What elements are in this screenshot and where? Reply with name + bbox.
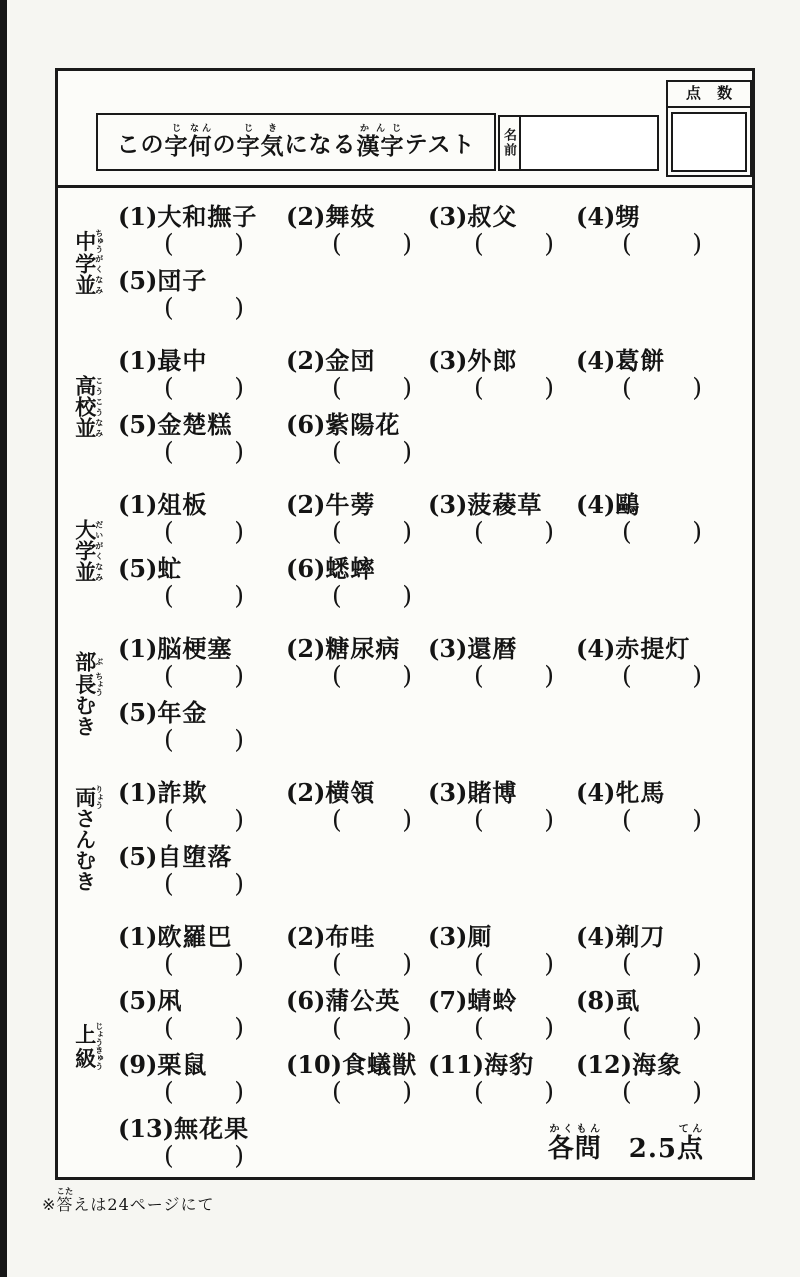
question-word: (5)虻 [118, 554, 286, 584]
question-item: (10)食蟻獣() [286, 1050, 428, 1106]
answer-blank[interactable]: () [332, 808, 412, 834]
answer-blank[interactable]: () [164, 440, 244, 466]
answer-paren-close: ) [692, 232, 702, 258]
question-word: (9)栗鼠 [118, 1050, 286, 1080]
question-kanji: 糖尿病 [325, 634, 400, 663]
question-item: (5)年金() [118, 698, 286, 754]
question-kanji: 蜻蛉 [467, 986, 517, 1015]
question-row: (5)団子() [118, 266, 746, 322]
answer-paren-open: ( [474, 376, 484, 402]
answer-paren-close: ) [234, 728, 244, 754]
section: 高こう校こう並なみ(1)最中()(2)金団()(3)外郎()(4)葛餅()(5)… [58, 346, 752, 466]
answer-blank[interactable]: () [622, 808, 702, 834]
answer-blank[interactable]: () [622, 1080, 702, 1106]
question-word: (3)叔父 [428, 202, 576, 232]
question-number: (3) [428, 202, 467, 231]
answer-paren-open: ( [474, 952, 484, 978]
question-word: (3)還暦 [428, 634, 576, 664]
answer-blank[interactable]: () [622, 376, 702, 402]
question-row: (5)年金() [118, 698, 746, 754]
question-kanji: 俎板 [157, 490, 207, 519]
question-item: (12)海象() [576, 1050, 746, 1106]
question-item: (3)外郎() [428, 346, 576, 402]
answer-blank[interactable]: () [164, 664, 244, 690]
answer-paren-open: ( [164, 808, 174, 834]
question-kanji: 叔父 [467, 202, 517, 231]
answer-paren-close: ) [234, 232, 244, 258]
answer-blank[interactable]: () [332, 952, 412, 978]
score-box-title: 点 数 [668, 82, 750, 108]
section-body: (1)大和撫子()(2)舞妓()(3)叔父()(4)甥()(5)団子() [118, 202, 752, 322]
question-word: (1)欧羅巴 [118, 922, 286, 952]
question-kanji: 賭博 [467, 778, 517, 807]
answer-paren-open: ( [474, 1080, 484, 1106]
answer-blank[interactable]: () [474, 808, 554, 834]
answer-paren-open: ( [474, 808, 484, 834]
question-item: (1)俎板() [118, 490, 286, 546]
answer-paren-close: ) [402, 952, 412, 978]
question-item: (7)蜻蛉() [428, 986, 576, 1042]
question-item: (2)舞妓() [286, 202, 428, 258]
answer-paren-open: ( [332, 376, 342, 402]
answer-paren-open: ( [332, 1080, 342, 1106]
question-kanji: 大和撫子 [157, 202, 257, 231]
question-item: (4)甥() [576, 202, 746, 258]
question-kanji: 蒲公英 [325, 986, 400, 1015]
answer-blank[interactable]: () [474, 520, 554, 546]
answer-blank[interactable]: () [474, 1080, 554, 1106]
question-row: (1)欧羅巴()(2)布哇()(3)厠()(4)剃刀() [118, 922, 746, 978]
question-kanji: 虱 [615, 986, 640, 1015]
question-row: (5)凩()(6)蒲公英()(7)蜻蛉()(8)虱() [118, 986, 746, 1042]
question-item: (1)脳梗塞() [118, 634, 286, 690]
question-item: (1)最中() [118, 346, 286, 402]
question-number: (3) [428, 922, 467, 951]
answer-paren-close: ) [544, 664, 554, 690]
question-kanji: 海豹 [484, 1050, 534, 1079]
question-number: (3) [428, 778, 467, 807]
answer-paren-close: ) [402, 520, 412, 546]
question-number: (2) [286, 778, 325, 807]
answer-paren-close: ) [234, 1080, 244, 1106]
question-word: (5)凩 [118, 986, 286, 1016]
question-number: (3) [428, 634, 467, 663]
question-item: (8)虱() [576, 986, 746, 1042]
answer-paren-close: ) [692, 952, 702, 978]
question-item: (11)海豹() [428, 1050, 576, 1106]
section-label: 大だい学がく並なみ [73, 519, 104, 582]
answer-paren-open: ( [164, 584, 174, 610]
answer-paren-open: ( [164, 376, 174, 402]
question-item: (2)金団() [286, 346, 428, 402]
question-number: (5) [118, 986, 157, 1015]
section-label-column: 大だい学がく並なみ [58, 519, 118, 582]
question-number: (1) [118, 778, 157, 807]
question-number: (11) [428, 1050, 484, 1079]
answer-paren-close: ) [544, 1016, 554, 1042]
question-row: (1)脳梗塞()(2)糖尿病()(3)還暦()(4)赤提灯() [118, 634, 746, 690]
answer-paren-close: ) [544, 1080, 554, 1106]
question-item: (3)厠() [428, 922, 576, 978]
answer-paren-open: ( [622, 1016, 632, 1042]
question-word: (4)葛餅 [576, 346, 746, 376]
answer-blank[interactable]: () [164, 1016, 244, 1042]
answer-paren-close: ) [402, 440, 412, 466]
section: 大だい学がく並なみ(1)俎板()(2)牛蒡()(3)菠薐草()(4)鷗()(5)… [58, 490, 752, 610]
question-word: (3)外郎 [428, 346, 576, 376]
answer-paren-open: ( [164, 1080, 174, 1106]
question-word: (4)牝馬 [576, 778, 746, 808]
answer-blank[interactable]: () [332, 520, 412, 546]
answer-blank[interactable]: () [164, 728, 244, 754]
section-label-column: 中ちゅう学がく並なみ [58, 229, 118, 295]
question-item: (6)蒲公英() [286, 986, 428, 1042]
question-row: (5)自堕落() [118, 842, 746, 898]
question-kanji: 栗鼠 [157, 1050, 207, 1079]
question-kanji: 還暦 [467, 634, 517, 663]
question-number: (13) [118, 1114, 174, 1143]
question-number: (4) [576, 202, 615, 231]
answer-paren-open: ( [164, 952, 174, 978]
section-label: 両りょうさんむき [73, 785, 104, 892]
answer-paren-close: ) [234, 952, 244, 978]
question-number: (5) [118, 698, 157, 727]
question-number: (2) [286, 922, 325, 951]
question-kanji: 食蟻獣 [342, 1050, 417, 1079]
section: 中ちゅう学がく並なみ(1)大和撫子()(2)舞妓()(3)叔父()(4)甥()(… [58, 202, 752, 322]
answer-paren-open: ( [164, 872, 174, 898]
question-kanji: 蟋蟀 [325, 554, 375, 583]
question-kanji: 外郎 [467, 346, 517, 375]
question-kanji: 最中 [157, 346, 207, 375]
question-word: (4)甥 [576, 202, 746, 232]
answer-blank[interactable]: () [332, 584, 412, 610]
question-item: (9)栗鼠() [118, 1050, 286, 1106]
question-item: (6)紫陽花() [286, 410, 428, 466]
question-number: (6) [286, 554, 325, 583]
question-item: (4)葛餅() [576, 346, 746, 402]
answer-paren-close: ) [234, 440, 244, 466]
question-item: (5)金楚糕() [118, 410, 286, 466]
question-kanji: 葛餅 [615, 346, 665, 375]
question-word: (10)食蟻獣 [286, 1050, 428, 1080]
answer-paren-open: ( [474, 520, 484, 546]
question-word: (4)鷗 [576, 490, 746, 520]
answer-blank[interactable]: () [622, 520, 702, 546]
question-word: (1)大和撫子 [118, 202, 286, 232]
answer-paren-close: ) [234, 376, 244, 402]
answer-paren-close: ) [692, 1016, 702, 1042]
answer-paren-close: ) [544, 520, 554, 546]
question-item: (3)叔父() [428, 202, 576, 258]
name-input-box[interactable] [521, 115, 659, 171]
question-word: (2)横領 [286, 778, 428, 808]
answer-blank[interactable]: () [622, 952, 702, 978]
question-word: (8)虱 [576, 986, 746, 1016]
question-word: (2)金団 [286, 346, 428, 376]
question-word: (4)赤提灯 [576, 634, 746, 664]
question-kanji: 厠 [467, 922, 492, 951]
section-label-column: 高こう校こう並なみ [58, 375, 118, 438]
answer-paren-close: ) [692, 376, 702, 402]
question-number: (3) [428, 490, 467, 519]
answer-paren-close: ) [692, 664, 702, 690]
answer-paren-open: ( [332, 664, 342, 690]
answer-blank[interactable]: () [164, 376, 244, 402]
answer-paren-close: ) [692, 808, 702, 834]
answer-paren-open: ( [332, 440, 342, 466]
answer-paren-close: ) [234, 664, 244, 690]
answer-paren-close: ) [402, 584, 412, 610]
question-word: (5)団子 [118, 266, 286, 296]
question-word: (5)金楚糕 [118, 410, 286, 440]
section-label: 中ちゅう学がく並なみ [73, 229, 104, 295]
answer-paren-open: ( [164, 1144, 174, 1170]
question-item: (1)欧羅巴() [118, 922, 286, 978]
answer-blank[interactable]: () [164, 1080, 244, 1106]
question-row: (5)金楚糕()(6)紫陽花() [118, 410, 746, 466]
answer-paren-close: ) [234, 808, 244, 834]
question-item: (1)大和撫子() [118, 202, 286, 258]
section-body: (1)俎板()(2)牛蒡()(3)菠薐草()(4)鷗()(5)虻()(6)蟋蟀(… [118, 490, 752, 610]
question-item: (5)虻() [118, 554, 286, 610]
question-item: (3)菠薐草() [428, 490, 576, 546]
answer-blank[interactable]: () [164, 872, 244, 898]
question-kanji: 団子 [157, 266, 207, 295]
question-item: (2)牛蒡() [286, 490, 428, 546]
answer-blank[interactable]: () [164, 520, 244, 546]
question-number: (2) [286, 346, 325, 375]
answer-paren-open: ( [332, 520, 342, 546]
answer-paren-open: ( [332, 232, 342, 258]
worksheet-border: この字じ 何なんの字じ 気きになる漢字かんじテスト 名前 点 数 中ちゅう学がく… [55, 68, 755, 1180]
question-kanji: 甥 [615, 202, 640, 231]
question-item: (5)凩() [118, 986, 286, 1042]
question-kanji: 菠薐草 [467, 490, 542, 519]
answer-paren-close: ) [234, 1144, 244, 1170]
question-item: (2)横領() [286, 778, 428, 834]
answer-paren-close: ) [402, 1080, 412, 1106]
section-label: 部ぶ長ちょうむき [73, 651, 104, 737]
question-kanji: 凩 [157, 986, 182, 1015]
question-word: (1)最中 [118, 346, 286, 376]
question-kanji: 布哇 [325, 922, 375, 951]
answer-paren-open: ( [622, 664, 632, 690]
question-item: (2)布哇() [286, 922, 428, 978]
answer-blank[interactable]: () [332, 376, 412, 402]
score-box: 点 数 [666, 80, 752, 177]
question-word: (4)剃刀 [576, 922, 746, 952]
question-word: (6)蟋蟀 [286, 554, 428, 584]
question-item: (4)牝馬() [576, 778, 746, 834]
question-number: (2) [286, 202, 325, 231]
answer-paren-open: ( [332, 952, 342, 978]
sections: 中ちゅう学がく並なみ(1)大和撫子()(2)舞妓()(3)叔父()(4)甥()(… [58, 188, 752, 1170]
section-label: 上じょう級きゅう [73, 1022, 104, 1070]
section-body: (1)脳梗塞()(2)糖尿病()(3)還暦()(4)赤提灯()(5)年金() [118, 634, 752, 754]
answer-blank[interactable]: () [164, 296, 244, 322]
question-kanji: 海象 [632, 1050, 682, 1079]
question-kanji: 無花果 [174, 1114, 249, 1143]
answer-paren-open: ( [332, 808, 342, 834]
question-word: (1)詐欺 [118, 778, 286, 808]
answer-blank[interactable]: () [474, 664, 554, 690]
answer-paren-open: ( [164, 232, 174, 258]
answer-paren-close: ) [402, 808, 412, 834]
answer-paren-open: ( [164, 296, 174, 322]
question-kanji: 年金 [157, 698, 207, 727]
answer-blank[interactable]: () [164, 584, 244, 610]
question-row: (1)最中()(2)金団()(3)外郎()(4)葛餅() [118, 346, 746, 402]
question-number: (1) [118, 490, 157, 519]
question-kanji: 自堕落 [157, 842, 232, 871]
section-label-column: 上じょう級きゅう [58, 1022, 118, 1070]
answer-blank[interactable]: () [332, 440, 412, 466]
question-number: (4) [576, 490, 615, 519]
answer-paren-open: ( [474, 1016, 484, 1042]
question-item: (5)団子() [118, 266, 286, 322]
answer-blank[interactable]: () [622, 664, 702, 690]
answer-blank[interactable]: () [164, 1144, 244, 1170]
question-row: (9)栗鼠()(10)食蟻獣()(11)海豹()(12)海象() [118, 1050, 746, 1106]
answer-blank[interactable]: () [332, 1080, 412, 1106]
question-item: (3)還暦() [428, 634, 576, 690]
question-number: (4) [576, 634, 615, 663]
section-label: 高こう校こう並なみ [73, 375, 104, 438]
question-item: (5)自堕落() [118, 842, 286, 898]
question-number: (4) [576, 778, 615, 807]
answer-blank[interactable]: () [164, 232, 244, 258]
question-kanji: 剃刀 [615, 922, 665, 951]
answer-paren-open: ( [332, 1016, 342, 1042]
question-kanji: 詐欺 [157, 778, 207, 807]
scanned-kanji-worksheet: { "header": { "title_segments": [ {"t":"… [0, 0, 800, 1277]
question-word: (1)俎板 [118, 490, 286, 520]
question-number: (6) [286, 410, 325, 439]
question-word: (6)蒲公英 [286, 986, 428, 1016]
question-word: (2)布哇 [286, 922, 428, 952]
answer-paren-close: ) [692, 1080, 702, 1106]
answer-blank[interactable]: () [622, 1016, 702, 1042]
score-input-box[interactable] [671, 112, 747, 172]
answer-paren-close: ) [544, 808, 554, 834]
question-word: (7)蜻蛉 [428, 986, 576, 1016]
question-word: (12)海象 [576, 1050, 746, 1080]
answer-blank[interactable]: () [332, 1016, 412, 1042]
section-label-column: 両りょうさんむき [58, 785, 118, 892]
answer-paren-open: ( [622, 232, 632, 258]
question-word: (2)糖尿病 [286, 634, 428, 664]
points-per-question-note: 各問かくもん 2.5点てん [548, 1124, 704, 1165]
question-number: (2) [286, 490, 325, 519]
answer-paren-close: ) [402, 664, 412, 690]
section: 両りょうさんむき(1)詐欺()(2)横領()(3)賭博()(4)牝馬()(5)自… [58, 778, 752, 898]
answer-blank[interactable]: () [164, 952, 244, 978]
question-kanji: 金楚糕 [157, 410, 232, 439]
answer-paren-open: ( [164, 440, 174, 466]
answer-paren-open: ( [622, 1080, 632, 1106]
question-row: (1)大和撫子()(2)舞妓()(3)叔父()(4)甥() [118, 202, 746, 258]
answer-blank[interactable]: () [474, 232, 554, 258]
question-number: (1) [118, 922, 157, 951]
question-number: (4) [576, 922, 615, 951]
question-kanji: 赤提灯 [615, 634, 690, 663]
answer-blank[interactable]: () [332, 664, 412, 690]
question-kanji: 牝馬 [615, 778, 665, 807]
question-item: (2)糖尿病() [286, 634, 428, 690]
question-item: (4)鷗() [576, 490, 746, 546]
question-kanji: 虻 [157, 554, 182, 583]
answer-paren-close: ) [234, 584, 244, 610]
answer-blank[interactable]: () [474, 376, 554, 402]
question-number: (12) [576, 1050, 632, 1079]
scan-edge-strip [0, 0, 7, 1277]
worksheet-header: この字じ 何なんの字じ 気きになる漢字かんじテスト 名前 点 数 [58, 71, 752, 188]
answer-paren-open: ( [164, 520, 174, 546]
question-word: (3)菠薐草 [428, 490, 576, 520]
answer-blank[interactable]: () [474, 952, 554, 978]
section-body: (1)詐欺()(2)横領()(3)賭博()(4)牝馬()(5)自堕落() [118, 778, 752, 898]
answer-paren-open: ( [622, 376, 632, 402]
worksheet-title: この字じ 何なんの字じ 気きになる漢字かんじテスト [96, 113, 496, 171]
answer-paren-open: ( [164, 728, 174, 754]
answer-blank[interactable]: () [332, 232, 412, 258]
answer-paren-close: ) [402, 232, 412, 258]
question-item: (4)剃刀() [576, 922, 746, 978]
answer-paren-close: ) [234, 1016, 244, 1042]
question-item: (6)蟋蟀() [286, 554, 428, 610]
question-number: (5) [118, 410, 157, 439]
question-kanji: 金団 [325, 346, 375, 375]
question-kanji: 鷗 [615, 490, 640, 519]
question-row: (5)虻()(6)蟋蟀() [118, 554, 746, 610]
question-word: (2)舞妓 [286, 202, 428, 232]
answer-paren-open: ( [474, 664, 484, 690]
question-number: (9) [118, 1050, 157, 1079]
name-entry-unit: 名前 [498, 115, 659, 171]
answer-paren-close: ) [692, 520, 702, 546]
question-number: (1) [118, 346, 157, 375]
answer-paren-close: ) [402, 376, 412, 402]
question-number: (6) [286, 986, 325, 1015]
answer-paren-open: ( [622, 952, 632, 978]
section-body: (1)最中()(2)金団()(3)外郎()(4)葛餅()(5)金楚糕()(6)紫… [118, 346, 752, 466]
answers-page-note: ※答こたえは24ページにて [42, 1186, 214, 1215]
question-kanji: 欧羅巴 [157, 922, 232, 951]
question-row: (1)詐欺()(2)横領()(3)賭博()(4)牝馬() [118, 778, 746, 834]
answer-paren-close: ) [234, 520, 244, 546]
question-word: (1)脳梗塞 [118, 634, 286, 664]
question-number: (5) [118, 554, 157, 583]
question-number: (3) [428, 346, 467, 375]
answer-blank[interactable]: () [164, 808, 244, 834]
question-item: (1)詐欺() [118, 778, 286, 834]
question-kanji: 牛蒡 [325, 490, 375, 519]
answer-paren-open: ( [164, 664, 174, 690]
question-kanji: 横領 [325, 778, 375, 807]
answer-paren-open: ( [474, 232, 484, 258]
answer-paren-close: ) [234, 296, 244, 322]
question-kanji: 紫陽花 [325, 410, 400, 439]
answer-blank[interactable]: () [474, 1016, 554, 1042]
question-number: (1) [118, 202, 157, 231]
question-number: (1) [118, 634, 157, 663]
question-kanji: 脳梗塞 [157, 634, 232, 663]
question-number: (7) [428, 986, 467, 1015]
question-item: (4)赤提灯() [576, 634, 746, 690]
section: 部ぶ長ちょうむき(1)脳梗塞()(2)糖尿病()(3)還暦()(4)赤提灯()(… [58, 634, 752, 754]
answer-blank[interactable]: () [622, 232, 702, 258]
